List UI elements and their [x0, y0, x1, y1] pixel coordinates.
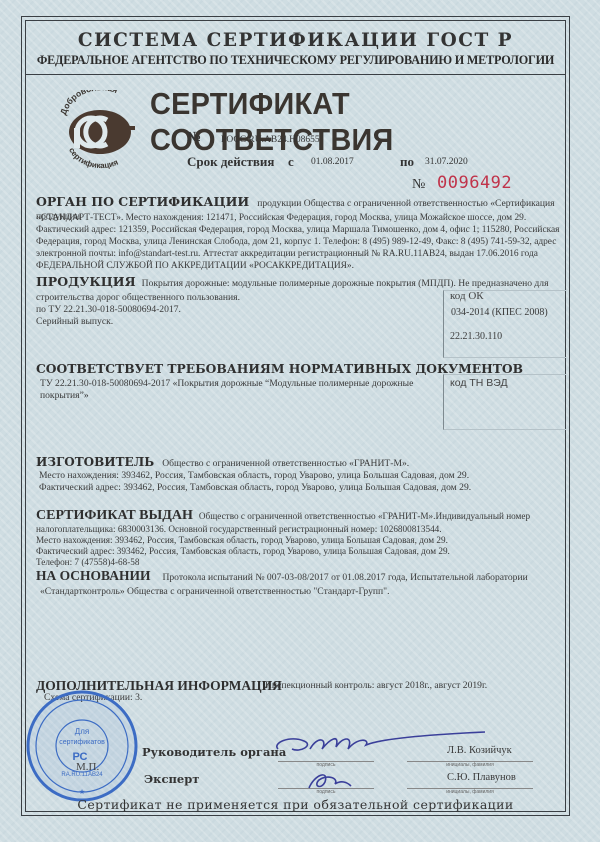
manufacturer-label: ИЗГОТОВИТЕЛЬ	[36, 455, 154, 469]
round-seal-stamp-icon: Для сертификатов РС RA.RU.11АВ24 ★	[24, 676, 142, 816]
issued-to-line: Общество с ограниченной ответственностью…	[199, 511, 530, 521]
certification-body-line: ФЕДЕРАЛЬНОЙ СЛУЖБОЙ ПО АККРЕДИТАЦИИ «РОС…	[36, 260, 566, 273]
basis-line: Протокола испытаний № 007-03-08/2017 от …	[162, 572, 527, 583]
footer-note: Сертификат не применяется при обязательн…	[25, 797, 566, 812]
header-divider	[25, 74, 566, 75]
valid-from-date: 01.08.2017	[311, 157, 354, 167]
number-symbol: №	[187, 130, 201, 146]
stamp-place-label: М.П.	[76, 761, 99, 774]
conformity-line: ТУ 22.21.30-018-50080694-2017 «Покрытия …	[40, 378, 413, 391]
certification-body-line: «СТАНДАРТ-ТЕСТ». Место нахождения: 12147…	[36, 212, 566, 225]
serial-number: 0096492	[437, 173, 512, 193]
issued-to-label: СЕРТИФИКАТ ВЫДАН	[36, 508, 193, 523]
agency-heading: ФЕДЕРАЛЬНОЕ АГЕНТСТВО ПО ТЕХНИЧЕСКОМУ РЕ…	[25, 53, 566, 68]
ok-code-standard: 034-2014 (КПЕС 2008)	[451, 307, 548, 320]
product-section: ПРОДУКЦИЯПокрытия дорожные: модульные по…	[36, 276, 566, 291]
conformity-line: покрытия”»	[40, 390, 89, 403]
basis-line: «Стандартконтроль» Общества с ограниченн…	[40, 586, 389, 599]
manufacturer-name: Общество с ограниченной ответственностью…	[162, 458, 409, 469]
rst-logo-icon: Добровольная сертификация	[55, 90, 145, 170]
head-name: Л.В. Козийчук	[447, 745, 512, 758]
svg-text:Для: Для	[75, 727, 89, 736]
product-line: Серийный выпуск.	[36, 316, 113, 329]
product-line: по ТУ 22.21.30-018-50080694-2017.	[36, 304, 181, 317]
product-line: строительства дорог общественного пользо…	[36, 292, 240, 305]
basis-section: НА ОСНОВАНИИПротокола испытаний № 007-03…	[36, 570, 566, 585]
basis-label: НА ОСНОВАНИИ	[36, 568, 150, 583]
ok-code-value: 22.21.30.110	[450, 331, 502, 344]
certification-body-line: Фактический адрес: 121359, Российская Фе…	[36, 224, 566, 237]
certificate-title: СЕРТИФИКАТ СООТВЕТСТВИЯ	[150, 86, 569, 158]
issued-to-section: СЕРТИФИКАТ ВЫДАНОбщество с ограниченной …	[36, 510, 566, 523]
validity-to-label: по	[400, 154, 414, 170]
name-caption: инициалы, фамилия	[407, 762, 533, 768]
manufacturer-section: ИЗГОТОВИТЕЛЬОбщество с ограниченной отве…	[36, 456, 566, 471]
tnved-code-label: код ТН ВЭД	[450, 377, 508, 389]
validity-from-label: с	[288, 154, 294, 170]
product-line: Покрытия дорожные: модульные полимерные …	[142, 278, 549, 289]
name-caption: инициалы, фамилия	[407, 789, 533, 795]
svg-text:★: ★	[79, 788, 85, 796]
certification-body-label: ОРГАН ПО СЕРТИФИКАЦИИ	[36, 194, 249, 209]
manufacturer-line: Фактический адрес: 393462, Россия, Тамбо…	[39, 482, 471, 495]
serial-number-symbol: №	[412, 177, 425, 193]
manufacturer-line: Место нахождения: 393462, Россия, Тамбов…	[39, 470, 469, 483]
expert-name: С.Ю. Плавунов	[447, 772, 516, 785]
inspection-control: Инспекционный контроль: август 2018г., а…	[265, 680, 487, 693]
validity-label: Срок действия	[187, 154, 274, 170]
certification-system-heading: СИСТЕМА СЕРТИФИКАЦИИ ГОСТ Р	[25, 30, 566, 51]
head-of-body-label: Руководитель органа	[142, 745, 286, 759]
svg-text:сертификатов: сертификатов	[59, 739, 105, 746]
certification-body-line: Федерация, город Москва, улица Ленинская…	[36, 236, 566, 249]
certificate-number: РОСС RU.АВ24.Н08655	[221, 135, 320, 145]
certification-body-line: электронной почты: info@standart-test.ru…	[36, 248, 566, 261]
expert-label: Эксперт	[144, 772, 199, 786]
issued-to-line: Телефон: 7 (47558)4-68-58	[36, 556, 140, 569]
product-label: ПРОДУКЦИЯ	[36, 274, 136, 289]
valid-to-date: 31.07.2020	[425, 157, 468, 167]
expert-signature-icon	[305, 768, 355, 792]
ok-code-label: код ОК	[450, 290, 484, 302]
